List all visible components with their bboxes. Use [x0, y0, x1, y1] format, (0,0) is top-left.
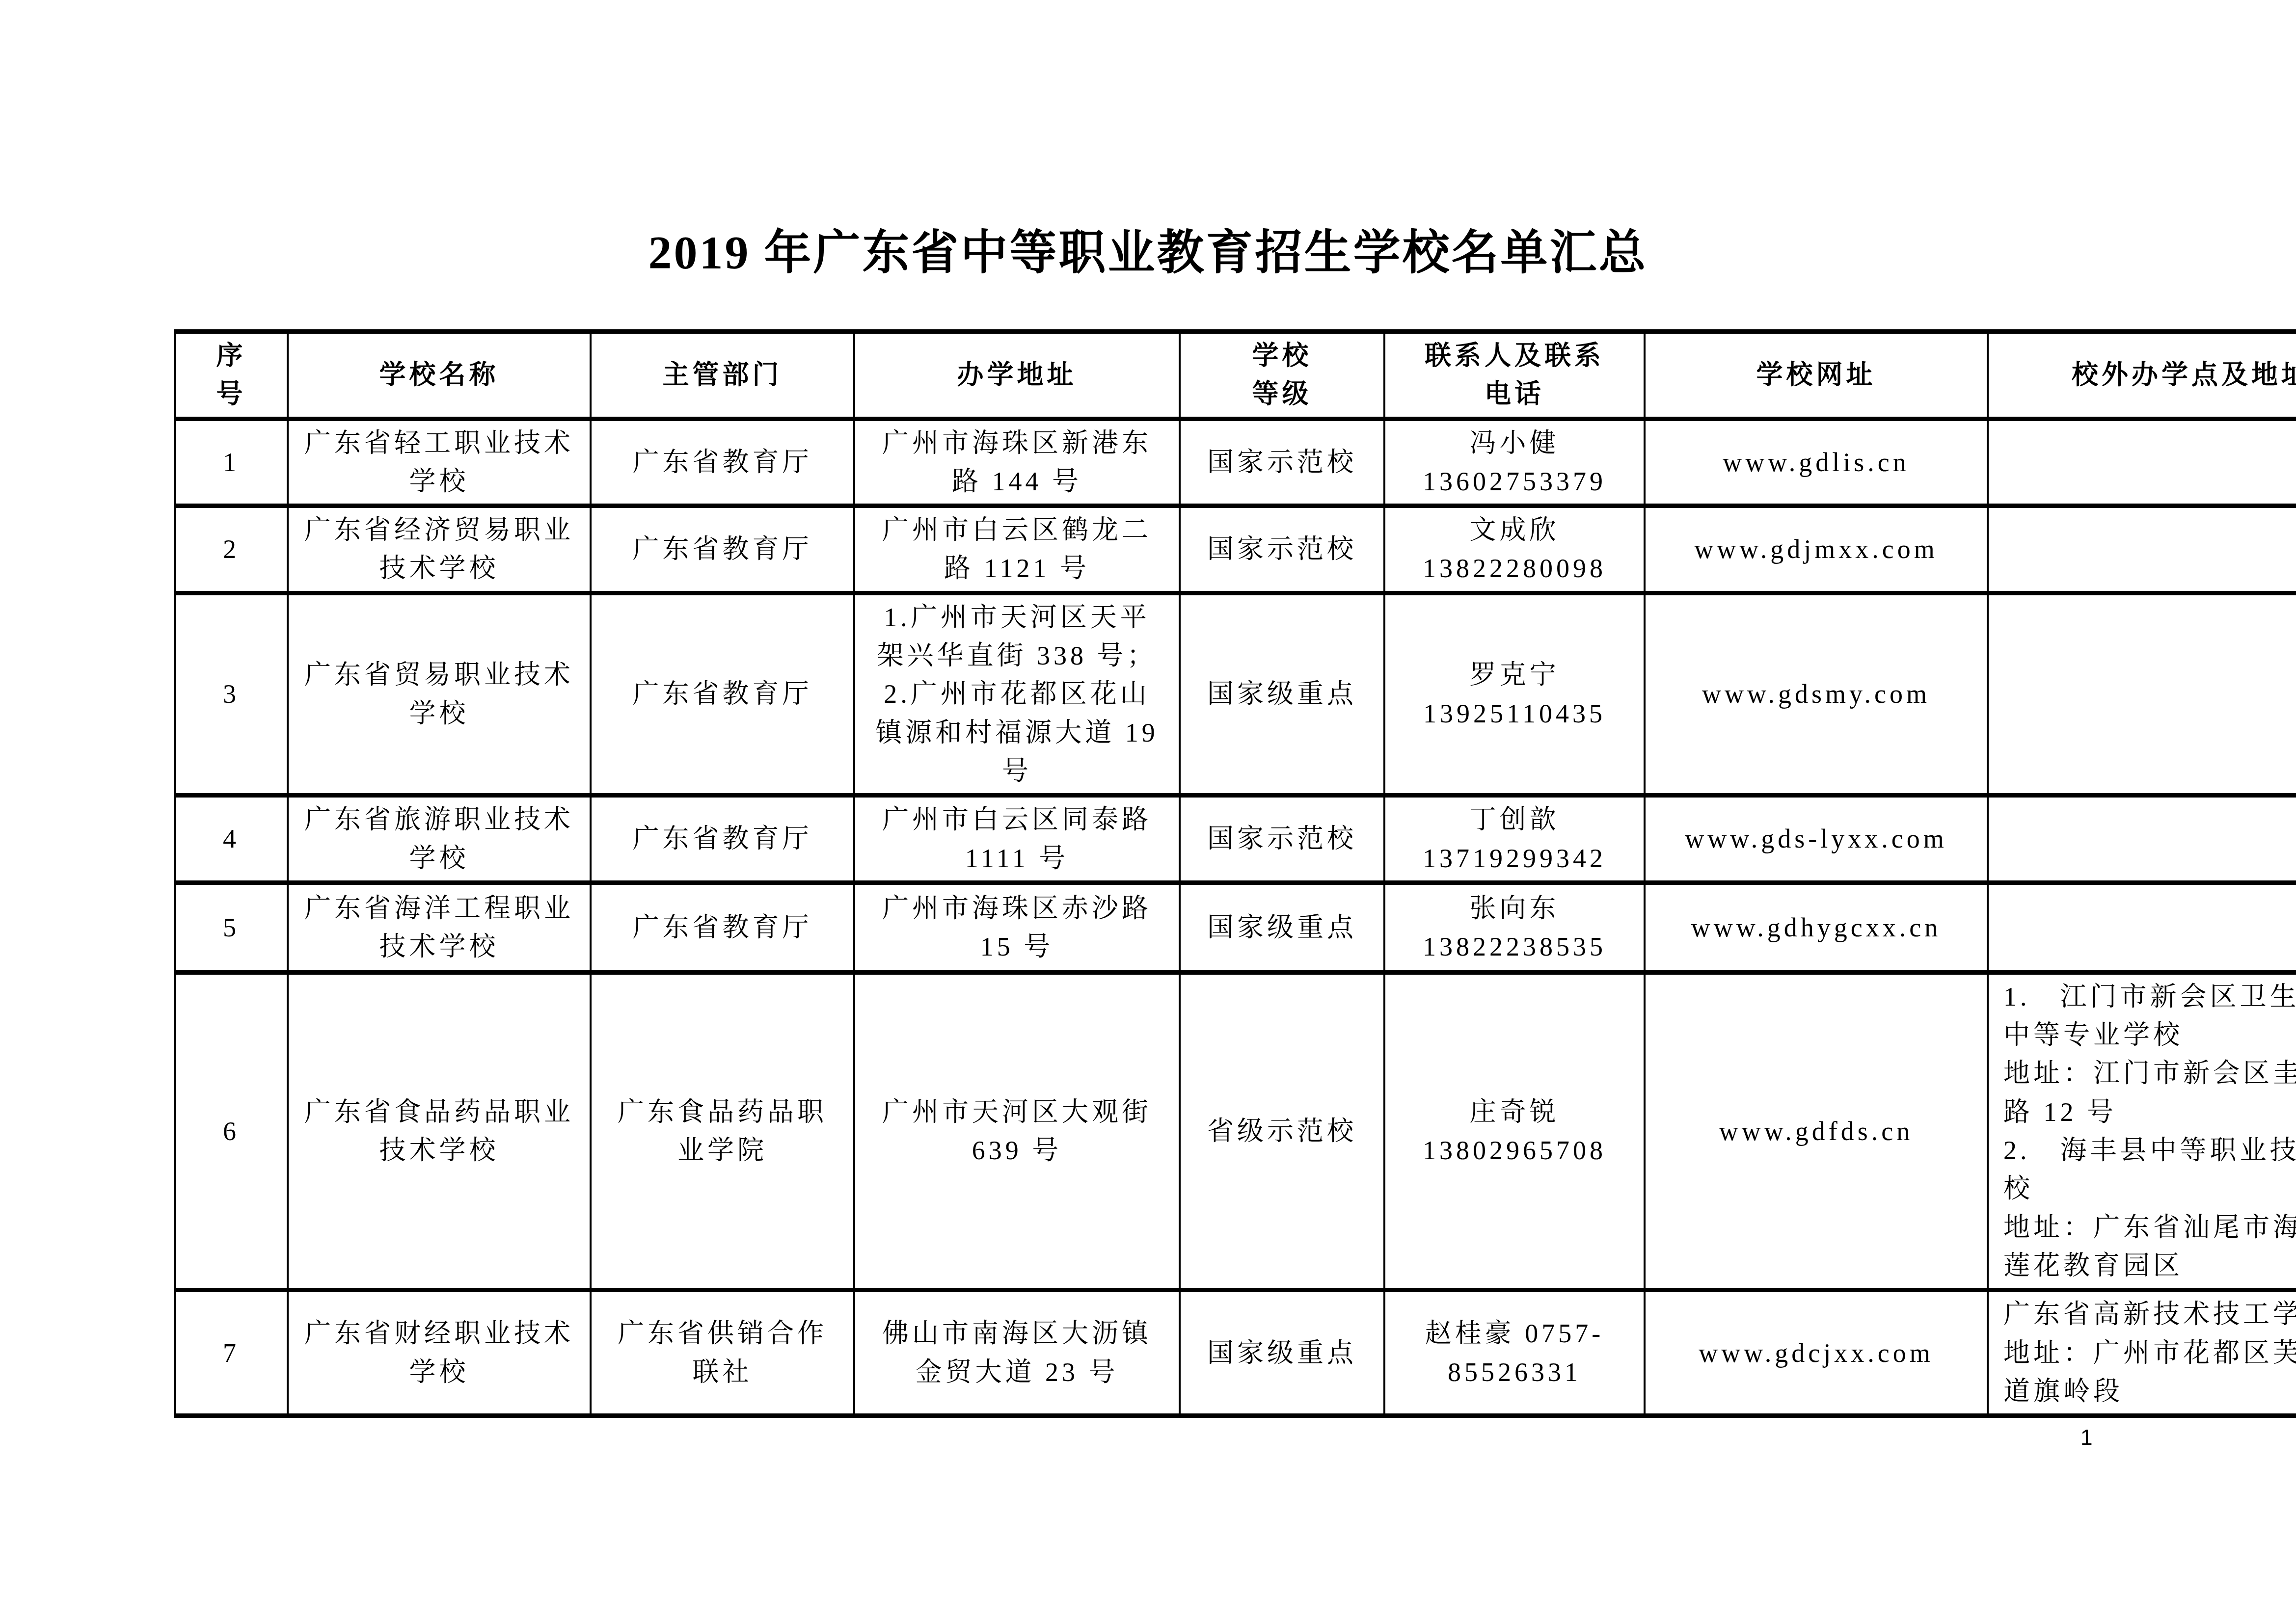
row6-serial: 6	[175, 972, 288, 1290]
row7-serial: 7	[175, 1290, 288, 1416]
row5-offsite	[1988, 882, 2296, 972]
row4-dept: 广东省教育厅	[591, 796, 854, 883]
row3-contact: 罗克宁 13925110435	[1384, 593, 1645, 795]
row7-offsite: 广东省高新技术技工学校 地址：广州市花都区芙蓉大道旗岭段	[1988, 1290, 2296, 1416]
row4-website: www.gds-lyxx.com	[1645, 796, 1988, 883]
row6-dept: 广东食品药品职业学院	[591, 972, 854, 1290]
row1-contact: 冯小健 13602753379	[1384, 419, 1645, 506]
table-row: 6 广东省食品药品职业技术学校 广东食品药品职业学院 广州市天河区大观街 639…	[175, 972, 2296, 1290]
row3-address: 1.广州市天河区天平架兴华直街 338 号；2.广州市花都区花山镇源和村福源大道…	[854, 593, 1180, 795]
header-address: 办学地址	[854, 332, 1180, 419]
row7-website: www.gdcjxx.com	[1645, 1290, 1988, 1416]
row6-website: www.gdfds.cn	[1645, 972, 1988, 1290]
row5-serial: 5	[175, 882, 288, 972]
row4-level: 国家示范校	[1180, 796, 1384, 883]
table-header-row: 序 号 学校名称 主管部门 办学地址 学校 等级 联系人及联系 电话 学校网址 …	[175, 332, 2296, 419]
row2-offsite	[1988, 506, 2296, 593]
row1-level: 国家示范校	[1180, 419, 1384, 506]
row3-dept: 广东省教育厅	[591, 593, 854, 795]
header-website: 学校网址	[1645, 332, 1988, 419]
row7-name: 广东省财经职业技术学校	[288, 1290, 591, 1416]
row4-contact: 丁创歆 13719299342	[1384, 796, 1645, 883]
row1-address: 广州市海珠区新港东路 144 号	[854, 419, 1180, 506]
row2-contact: 文成欣 13822280098	[1384, 506, 1645, 593]
row2-address: 广州市白云区鹤龙二路 1121 号	[854, 506, 1180, 593]
row3-serial: 3	[175, 593, 288, 795]
header-serial-number: 序 号	[175, 332, 288, 419]
row6-name: 广东省食品药品职业技术学校	[288, 972, 591, 1290]
header-school-name: 学校名称	[288, 332, 591, 419]
row7-address: 佛山市南海区大沥镇金贸大道 23 号	[854, 1290, 1180, 1416]
row4-name: 广东省旅游职业技术学校	[288, 796, 591, 883]
table-row: 3 广东省贸易职业技术学校 广东省教育厅 1.广州市天河区天平架兴华直街 338…	[175, 593, 2296, 795]
row5-contact: 张向东 13822238535	[1384, 882, 1645, 972]
row5-level: 国家级重点	[1180, 882, 1384, 972]
header-department: 主管部门	[591, 332, 854, 419]
school-list-table: 序 号 学校名称 主管部门 办学地址 学校 等级 联系人及联系 电话 学校网址 …	[174, 329, 2296, 1418]
table-row: 4 广东省旅游职业技术学校 广东省教育厅 广州市白云区同泰路 1111 号 国家…	[175, 796, 2296, 883]
row2-website: www.gdjmxx.com	[1645, 506, 1988, 593]
row2-level: 国家示范校	[1180, 506, 1384, 593]
table-row: 2 广东省经济贸易职业技术学校 广东省教育厅 广州市白云区鹤龙二路 1121 号…	[175, 506, 2296, 593]
row1-offsite	[1988, 419, 2296, 506]
row5-name: 广东省海洋工程职业技术学校	[288, 882, 591, 972]
row1-website: www.gdlis.cn	[1645, 419, 1988, 506]
row4-serial: 4	[175, 796, 288, 883]
row3-name: 广东省贸易职业技术学校	[288, 593, 591, 795]
row5-address: 广州市海珠区赤沙路 15 号	[854, 882, 1180, 972]
header-offsite: 校外办学点及地址	[1988, 332, 2296, 419]
header-school-level: 学校 等级	[1180, 332, 1384, 419]
row6-address: 广州市天河区大观街 639 号	[854, 972, 1180, 1290]
page-title: 2019 年广东省中等职业教育招生学校名单汇总	[0, 227, 2296, 279]
page-number: 1	[2080, 1426, 2092, 1450]
row3-website: www.gdsmy.com	[1645, 593, 1988, 795]
row1-dept: 广东省教育厅	[591, 419, 854, 506]
row6-contact: 庄奇锐 13802965708	[1384, 972, 1645, 1290]
row7-level: 国家级重点	[1180, 1290, 1384, 1416]
row6-level: 省级示范校	[1180, 972, 1384, 1290]
row1-name: 广东省轻工职业技术学校	[288, 419, 591, 506]
row4-offsite	[1988, 796, 2296, 883]
document-page: 2019 年广东省中等职业教育招生学校名单汇总 序 号 学校名称 主管部门 办学…	[0, 0, 2296, 1623]
row6-offsite: 1. 江门市新会区卫生成人中等专业学校 地址：江门市新会区圭峰北路 12 号 2…	[1988, 972, 2296, 1290]
row1-serial: 1	[175, 419, 288, 506]
row7-dept: 广东省供销合作联社	[591, 1290, 854, 1416]
row5-website: www.gdhygcxx.cn	[1645, 882, 1988, 972]
row2-serial: 2	[175, 506, 288, 593]
row4-address: 广州市白云区同泰路 1111 号	[854, 796, 1180, 883]
row3-level: 国家级重点	[1180, 593, 1384, 795]
row5-dept: 广东省教育厅	[591, 882, 854, 972]
row2-dept: 广东省教育厅	[591, 506, 854, 593]
table-row: 1 广东省轻工职业技术学校 广东省教育厅 广州市海珠区新港东路 144 号 国家…	[175, 419, 2296, 506]
table-row: 7 广东省财经职业技术学校 广东省供销合作联社 佛山市南海区大沥镇金贸大道 23…	[175, 1290, 2296, 1416]
table-row: 5 广东省海洋工程职业技术学校 广东省教育厅 广州市海珠区赤沙路 15 号 国家…	[175, 882, 2296, 972]
row2-name: 广东省经济贸易职业技术学校	[288, 506, 591, 593]
row3-offsite	[1988, 593, 2296, 795]
header-contact: 联系人及联系 电话	[1384, 332, 1645, 419]
row7-contact: 赵桂豪 0757-85526331	[1384, 1290, 1645, 1416]
